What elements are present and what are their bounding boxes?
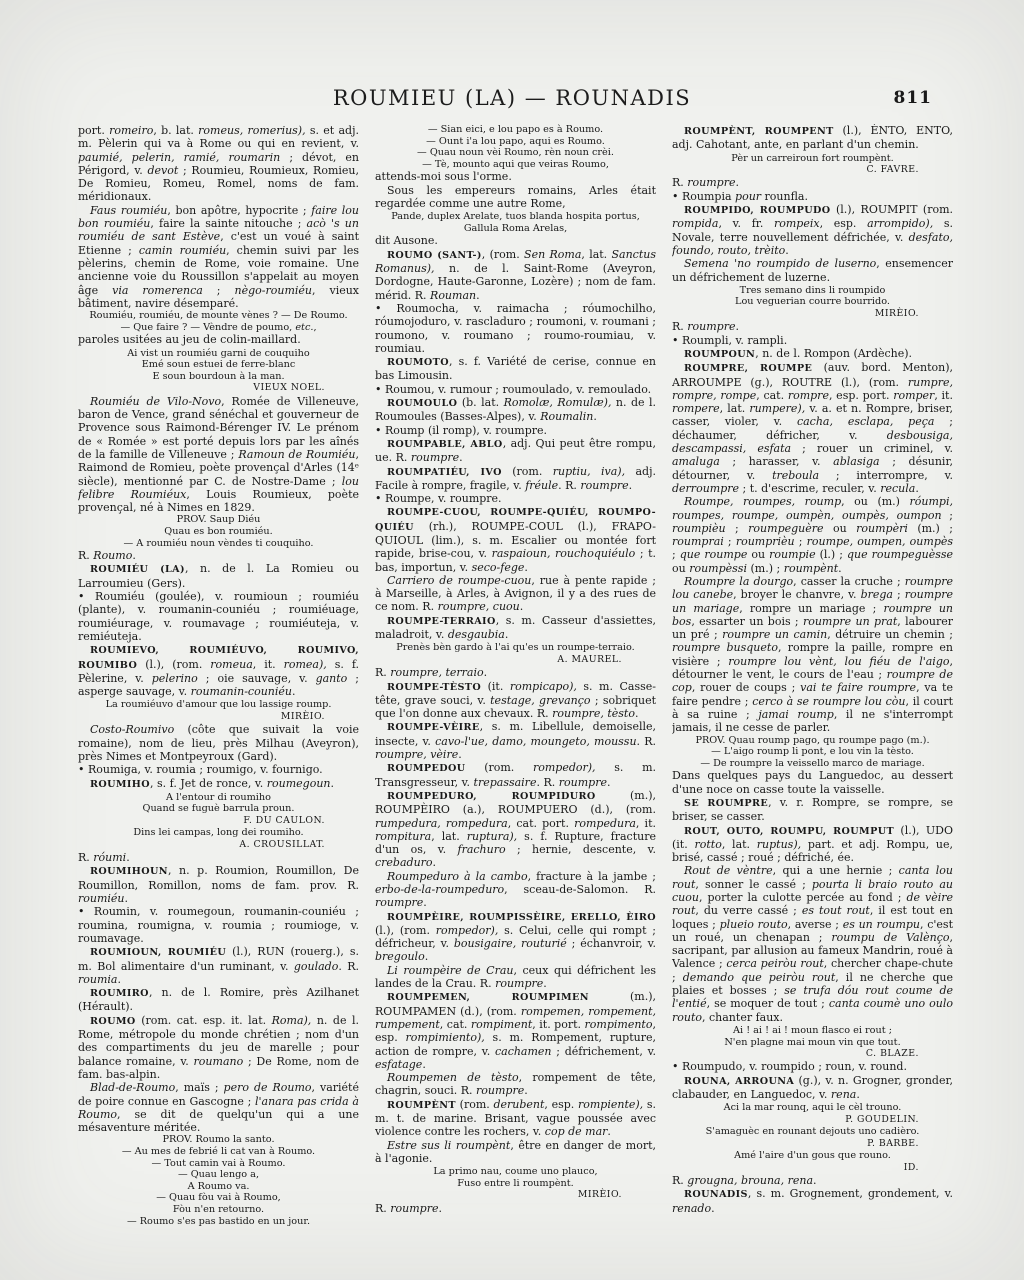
verse-line: Amé l'aire d'un gous que rouno. [672,1150,953,1162]
paragraph: Estre sus li roumpènt, être en danger de… [375,1139,656,1166]
paragraph: Sous les empereurs romains, Arles était … [375,184,656,211]
cross-reference-note: • Roumiéu (goulée), v. roumioun ; roumié… [78,590,359,643]
paragraph: Semena 'no roumpido de luserno, ensemenc… [672,257,953,284]
column-2: — Sian eici, e lou papo es à Roumo.— Oun… [375,124,656,1274]
paragraph-continuation: Dans quelques pays du Languedoc, au dess… [672,769,953,796]
entry-headword: ROUMO [90,1016,136,1027]
text-columns: port. romeiro, b. lat. romeus, romerius)… [0,116,1024,1274]
proverb-line: PROV. Quau roump pago, qu roumpe pago (m… [672,735,953,747]
citation-author: C. FAVRE. [672,164,953,175]
paragraph: Roumpeduro à la cambo, fracture à la jam… [375,870,656,910]
entry-headword: ROUMPÈNT, ROUMPENT [684,126,834,137]
entry-paragraph: SE ROUMPRE, v. r. Rompre, se rompre, se … [672,796,953,824]
column-3: ROUMPÈNT, ROUMPENT (l.), ÈNTO, ENTO, adj… [672,124,953,1274]
entry-paragraph: ROUMO (SANT-), (rom. Sen Roma, lat. Sanc… [375,248,656,302]
entry-headword: ROUMO (SANT-) [387,250,482,261]
citation-author: MIRÈIO. [375,1189,656,1200]
entry-headword: ROUMPE-TERRAIO [387,616,496,627]
dictionary-page-scan: ROUMIEU (LA) — ROUNADIS 811 port. romeir… [0,0,1024,1280]
verse-line: Quand se fuguè barrula proun. [78,803,359,815]
proverb-line: — Tout camin vai à Roumo. [78,1158,359,1170]
entry-paragraph: ROUNADIS, s. m. Grognement, grondement, … [672,1187,953,1215]
entry-headword: ROUMIRO [90,988,149,999]
paragraph: Roumpre la dourgo, casser la cruche ; ro… [672,575,953,735]
entry-paragraph: ROUMIOUN, ROUMIÉU (l.), RUN (rouerg.), s… [78,945,359,986]
paragraph: Roumpe, roumpes, roump, ou (m.) róumpi, … [672,495,953,575]
entry-headword: ROUMPEMEN, ROUMPIMEN [387,992,589,1003]
entry-paragraph: ROUMPEDURO, ROUMPIDURO (m.), ROUMPÈIRO (… [375,789,656,870]
entry-headword: ROUMIHO [90,779,150,790]
entry-paragraph: ROUMPE-TÈSTO (it. rompicapo), s. m. Cass… [375,680,656,721]
cross-reference-note: • Roumocha, v. raimacha ; róumochilho, r… [375,302,656,355]
verse-line: Dins lei campas, long dei roumiho. [78,827,359,839]
paragraph-continuation: attends-moi sous l'orme. [375,170,656,183]
verse-line: Prenès bèn gardo à l'ai qu'es un roumpe-… [375,642,656,654]
verse-line: N'en plagne mai moun vin que tout. [672,1037,953,1049]
running-head: ROUMIEU (LA) — ROUNADIS 811 [0,0,1024,116]
entry-headword: SE ROUMPRE [684,798,768,809]
verse-line: S'amaguèc en rounant dejouts uno cadièro… [672,1126,953,1138]
cross-reference-note: • Roumpudo, v. roumpido ; roun, v. round… [672,1060,953,1073]
proverb-line: Roumiéu, roumiéu, de mounte vènes ? — De… [78,310,359,322]
entry-headword: ROUMPIDO, ROUMPUDO [684,205,831,216]
verse-quotation: La roumiéuvo d'amour que lou lassige rou… [78,699,359,711]
paragraph: Roumpemen de tèsto, rompement de tête, c… [375,1071,656,1098]
entry-headword: ROUMPATIÉU, IVO [387,467,502,478]
verse-line: Pèr un carreiroun fort roumpènt. [672,153,953,165]
entry-paragraph: ROUMIRO, n. de l. Romire, près Azilhanet… [78,986,359,1014]
cross-reference-note: • Roumpli, v. rampli. [672,334,953,347]
proverb-line: — Roumo s'es pas bastido en un jour. [78,1216,359,1228]
verse-quotation: Pande, duplex Arelate, tuos blanda hospi… [375,211,656,234]
verse-quotation: S'amaguèc en rounant dejouts uno cadièro… [672,1126,953,1138]
paragraph: Rout de vèntre, qui a une hernie ; canta… [672,864,953,1024]
entry-headword: ROUT, OUTO, ROUMPU, ROUMPUT [684,826,894,837]
entry-paragraph: ROUT, OUTO, ROUMPU, ROUMPUT (l.), UDO (i… [672,824,953,865]
proverb-line: — Quau noun vèi Roumo, rèn noun crèi. [375,147,656,159]
entry-paragraph: ROUMPE-CUOU, ROUMPE-QUIÉU, ROUMPO-QUIÉU … [375,505,656,573]
entry-paragraph: ROUMIEVO, ROUMIÉUVO, ROUMIVO, ROUMIBO (l… [78,643,359,698]
etymology-note: R. roumpre. [672,176,953,189]
citation-author: MIRÈIO. [78,711,359,722]
verse-quotation: Amé l'aire d'un gous que rouno. [672,1150,953,1162]
etymology-note: R. Roumo. [78,549,359,562]
entry-headword: ROUMPE-CUOU, ROUMPE-QUIÉU, ROUMPO-QUIÉU [375,507,656,532]
citation-author: VIEUX NOEL. [78,382,359,393]
verse-line: Ai vist un roumiéu garni de couquiho [78,348,359,360]
citation-author: MIRÈIO. [672,308,953,319]
entry-paragraph: ROUMPÈNT (rom. derubent, esp. rompiente)… [375,1098,656,1139]
proverb-line: — Sian eici, e lou papo es à Roumo. [375,124,656,136]
verse-line: A l'entour di roumiho [78,792,359,804]
etymology-note: R. grougna, brouna, rena. [672,1174,953,1187]
entry-paragraph: ROUMPEDOU (rom. rompedor), s. m. Transgr… [375,761,656,789]
entry-paragraph: ROUMIHO, s. f. Jet de ronce, v. roumegou… [78,777,359,791]
cross-reference-note: • Roumpe, v. roumpre. [375,492,656,505]
verse-line: Ai ! ai ! ai ! moun flasco ei rout ; [672,1025,953,1037]
verse-quotation: Pèr un carreiroun fort roumpènt. [672,153,953,165]
entry-headword: ROUMPEDURO, ROUMPIDURO [387,791,596,802]
cross-reference-note: • Roumpia pour rounfla. [672,190,953,203]
entry-headword: ROUMPE-VÈIRE [387,722,480,733]
entry-headword: ROUMPRE, ROUMPE [684,363,812,374]
entry-paragraph: ROUMIHOUN, n. p. Roumion, Roumillon, De … [78,864,359,905]
etymology-note: R. roumpre. [375,1202,656,1215]
proverb-line: — A roumiéu noun vèndes ti couquiho. [78,538,359,550]
entry-paragraph: ROUMIÉU (LA), n. de l. La Romieu ou Larr… [78,562,359,590]
cross-reference-note: • Roumiga, v. roumia ; roumigo, v. fourn… [78,763,359,776]
proverb-line: Quau es bon roumiéu. [78,526,359,538]
proverb-line: — Ount i'a lou papo, aqui es Roumo. [375,136,656,148]
paragraph: Costo-Roumivo (côte que suivait la voie … [78,723,359,763]
entry-paragraph: ROUMPIDO, ROUMPUDO (l.), ROUMPIT (rom. r… [672,203,953,257]
entry-paragraph: ROUMPE-TERRAIO, s. m. Casseur d'assiette… [375,614,656,642]
entry-headword: ROUMIHOUN [90,866,168,877]
citation-author: A. CROUSILLAT. [78,839,359,850]
verse-line: La primo nau, coume uno plauco, [375,1166,656,1178]
verse-line: Aci la mar rounq, aqui le cèl trouno. [672,1102,953,1114]
entry-paragraph: ROUMPEMEN, ROUMPIMEN (m.), ROUMPAMEN (d.… [375,990,656,1071]
proverb-line: PROV. Roumo la santo. [78,1134,359,1146]
entry-headword: ROUMPE-TÈSTO [387,682,481,693]
citation-author: P. GOUDELIN. [672,1114,953,1125]
entry-paragraph: ROUMPÈIRE, ROUMPISSÈIRE, ERELLO, ÈIRO (l… [375,910,656,964]
entry-headword: ROUNADIS [684,1189,748,1200]
entry-paragraph: ROUMPOUN, n. de l. Rompon (Ardèche). [672,347,953,361]
entry-headword: ROUNA, ARROUNA [684,1076,794,1087]
cross-reference-note: • Roump (il romp), v. roumpre. [375,424,656,437]
paragraph: Li roumpèire de Crau, ceux qui défrichen… [375,964,656,991]
entry-paragraph: ROUMOTO, s. f. Variété de cerise, connue… [375,355,656,383]
paragraph-continuation: port. romeiro, b. lat. romeus, romerius)… [78,124,359,204]
verse-line: Fuso entre li roumpènt. [375,1178,656,1190]
citation-author: C. BLAZE. [672,1048,953,1059]
proverb-line: — Quau fòu vai à Roumo, [78,1192,359,1204]
proverb-line: — De roumpre la veissello marco de maria… [672,758,953,770]
entry-paragraph: ROUMO (rom. cat. esp. it. lat. Roma), n.… [78,1014,359,1081]
paragraph-continuation: paroles usitées au jeu de colin-maillard… [78,333,359,346]
verse-quotation: Aci la mar rounq, aqui le cèl trouno. [672,1102,953,1114]
entry-headword: ROUMPABLE, ABLO [387,439,503,450]
verse-line: Emé soun estuei de ferre-blanc [78,359,359,371]
citation-author: F. DU CAULON. [78,815,359,826]
proverb-line: PROV. Saup Diéu [78,514,359,526]
entry-headword: ROUMOULO [387,398,457,409]
cross-reference-note: • Roumin, v. roumegoun, roumanin-couniéu… [78,905,359,945]
entry-headword: ROUMPÈIRE, ROUMPISSÈIRE, ERELLO, ÈIRO [387,912,656,923]
verse-line: La roumiéuvo d'amour que lou lassige rou… [78,699,359,711]
verse-quotation: Prenès bèn gardo à l'ai qu'es un roumpe-… [375,642,656,654]
verse-line: E soun bourdoun à la man. [78,371,359,383]
proverb-line: A Roumo va. [78,1181,359,1193]
paragraph: Roumiéu de Vilo-Novo, Romée de Villeneuv… [78,395,359,515]
entry-headword: ROUMIÉU (LA) [90,564,185,575]
column-1: port. romeiro, b. lat. romeus, romerius)… [78,124,359,1274]
entry-paragraph: ROUMPRE, ROUMPE (auv. bord. Menton), ARR… [672,361,953,495]
page-title: ROUMIEU (LA) — ROUNADIS [0,86,1024,110]
entry-headword: ROUMOTO [387,357,449,368]
entry-paragraph: ROUMPÈNT, ROUMPENT (l.), ÈNTO, ENTO, adj… [672,124,953,152]
verse-quotation: Dins lei campas, long dei roumiho. [78,827,359,839]
verse-quotation: Ai ! ai ! ai ! moun flasco ei rout ;N'en… [672,1025,953,1048]
entry-paragraph: ROUMPE-VÈIRE, s. m. Libellule, demoisell… [375,720,656,761]
entry-paragraph: ROUMPATIÉU, IVO (rom. ruptiu, iva), adj.… [375,465,656,493]
cross-reference-note: • Roumou, v. rumour ; roumoulado, v. rem… [375,383,656,396]
entry-paragraph: ROUMPABLE, ABLO, adj. Qui peut être romp… [375,437,656,465]
etymology-note: R. róumi. [78,851,359,864]
paragraph: Blad-de-Roumo, maïs ; pero de Roumo, var… [78,1081,359,1134]
citation-author: ID. [672,1162,953,1173]
verse-line: Gallula Roma Arelas, [375,223,656,235]
verse-quotation: La primo nau, coume uno plauco,Fuso entr… [375,1166,656,1189]
paragraph: Carriero de roumpe-cuou, rue à pente rap… [375,574,656,614]
etymology-note: R. roumpre, terraio. [375,666,656,679]
verse-quotation: Ai vist un roumiéu garni de couquihoEmé … [78,348,359,383]
verse-quotation: A l'entour di roumihoQuand se fuguè barr… [78,792,359,815]
citation-author: P. BARBE. [672,1138,953,1149]
entry-paragraph: ROUMOULO (b. lat. Romolæ, Romulæ), n. de… [375,396,656,424]
proverb-line: — Tè, mounto aqui que veiras Roumo, [375,159,656,171]
citation-author: A. MAUREL. [375,654,656,665]
entry-headword: ROUMPEDOU [387,763,466,774]
paragraph: Faus roumiéu, bon apôtre, hypocrite ; fa… [78,204,359,310]
entry-headword: ROUMIOUN, ROUMIÉU [90,947,226,958]
entry-headword: ROUMPÈNT [387,1100,456,1111]
proverb-line: — L'aigo roump li pont, e lou vin la tès… [672,746,953,758]
verse-line: Lou veguerian courre bourrido. [672,296,953,308]
etymology-note: R. roumpre. [672,320,953,333]
entry-paragraph: ROUNA, ARROUNA (g.), v. n. Grogner, gron… [672,1074,953,1102]
verse-line: Tres semano dins li roumpido [672,285,953,297]
entry-headword: ROUMPOUN [684,349,755,360]
proverb-line: Fòu n'en retourno. [78,1204,359,1216]
proverb-line: — Au mes de febrié li cat van à Roumo. [78,1146,359,1158]
paragraph-continuation: dit Ausone. [375,234,656,247]
page-number: 811 [894,88,933,108]
proverb-line: — Que faire ? — Vèndre de poumo, etc., [78,322,359,334]
proverb-line: — Quau lengo a, [78,1169,359,1181]
verse-line: Pande, duplex Arelate, tuos blanda hospi… [375,211,656,223]
verse-quotation: Tres semano dins li roumpidoLou vegueria… [672,285,953,308]
